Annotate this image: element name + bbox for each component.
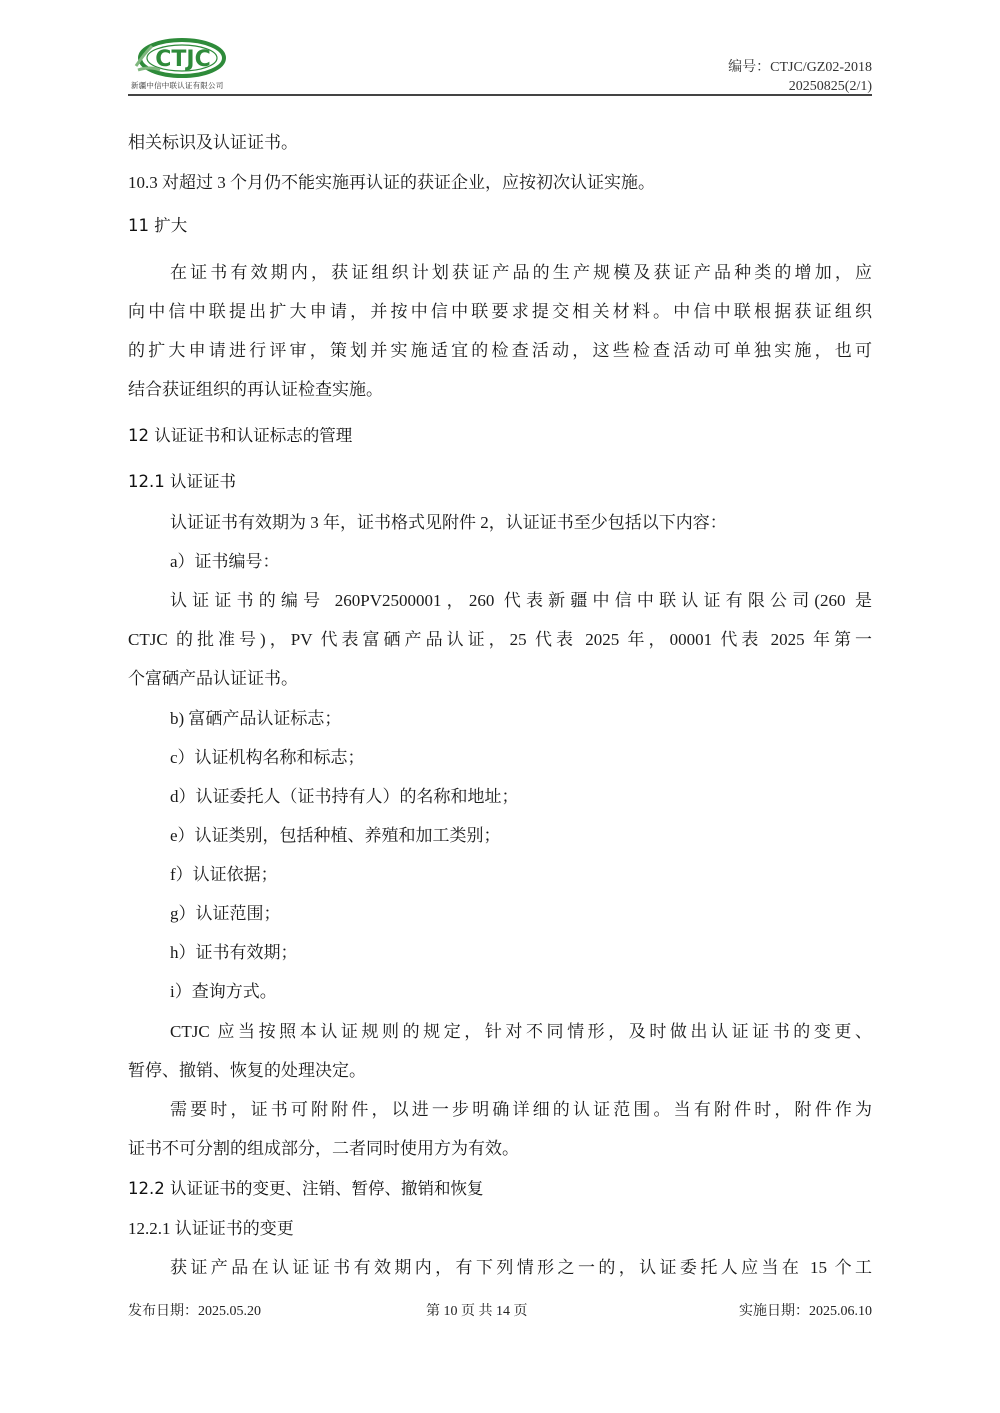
clause-10-3: 10.3 对超过 3 个月仍不能实施再认证的获证企业，应按初次认证实施。 — [128, 168, 655, 193]
section-heading-11: 11 扩大 — [128, 212, 187, 236]
list-item-i: i）查询方式。 — [170, 977, 277, 1002]
paragraph-line: 个富硒产品认证证书。 — [128, 664, 298, 689]
page-number: 第 10 页 共 14 页 — [426, 1300, 528, 1320]
paragraph-line: 在证书有效期内，获证组织计划获证产品的生产规模及获证产品种类的增加，应 — [170, 258, 872, 283]
list-item-a: a）证书编号： — [170, 547, 280, 572]
paragraph-line: 结合获证组织的再认证检查实施。 — [128, 375, 383, 400]
section-heading-12-1: 12.1 认证证书 — [128, 468, 236, 492]
paragraph-line: 获证产品在认证证书有效期内，有下列情形之一的，认证委托人应当在 15 个工 — [170, 1253, 872, 1278]
list-item-b: b) 富硒产品认证标志； — [170, 704, 341, 729]
paragraph-line: 认证证书的编号 260PV2500001，260 代表新疆中信中联认证有限公司(… — [170, 586, 872, 611]
list-item-c: c）认证机构名称和标志； — [170, 743, 365, 768]
paragraph-line: CTJC 的批准号)，PV 代表富硒产品认证，25 代表 2025 年，0000… — [128, 625, 872, 650]
effective-date: 实施日期：2025.06.10 — [739, 1300, 872, 1320]
list-item-h: h）证书有效期； — [170, 938, 298, 963]
paragraph-line: 认证证书有效期为 3 年，证书格式见附件 2，认证证书至少包括以下内容： — [170, 508, 727, 533]
paragraph-line: 证书不可分割的组成部分，二者同时使用方为有效。 — [128, 1134, 519, 1159]
svg-text:CTJC: CTJC — [155, 47, 210, 72]
publish-date: 发布日期：2025.05.20 — [128, 1300, 261, 1320]
paragraph-line: 的扩大申请进行评审，策划并实施适宜的检查活动，这些检查活动可单独实施，也可 — [128, 336, 872, 361]
paragraph-line: 需要时，证书可附附件，以进一步明确详细的认证范围。当有附件时，附件作为 — [170, 1095, 872, 1120]
paragraph-line: CTJC 应当按照本认证规则的规定，针对不同情形，及时做出认证证书的变更、 — [170, 1017, 872, 1042]
paragraph-line: 向中信中联提出扩大申请，并按中信中联要求提交相关材料。中信中联根据获证组织 — [128, 297, 872, 322]
paragraph-line: 相关标识及认证证书。 — [128, 128, 298, 153]
list-item-d: d）认证委托人（证书持有人）的名称和地址； — [170, 782, 519, 807]
list-item-e: e）认证类别，包括种植、养殖和加工类别； — [170, 821, 501, 846]
section-heading-12-2: 12.2 认证证书的变更、注销、暂停、撤销和恢复 — [128, 1175, 483, 1199]
document-code: 编号：CTJC/GZ02-2018 — [728, 58, 872, 77]
subsection-heading-12-2-1: 12.2.1 认证证书的变更 — [128, 1214, 294, 1239]
company-name: 新疆中信中联认证有限公司 — [131, 80, 223, 91]
section-heading-12: 12 认证证书和认证标志的管理 — [128, 422, 352, 446]
header-divider — [128, 94, 872, 96]
list-item-g: g）认证范围； — [170, 899, 281, 924]
document-header-info: 编号：CTJC/GZ02-2018 20250825(2/1) — [728, 58, 872, 96]
ctjc-logo-icon: CTJC — [130, 36, 228, 82]
paragraph-line: 暂停、撤销、恢复的处理决定。 — [128, 1056, 366, 1081]
list-item-f: f）认证依据； — [170, 860, 278, 885]
